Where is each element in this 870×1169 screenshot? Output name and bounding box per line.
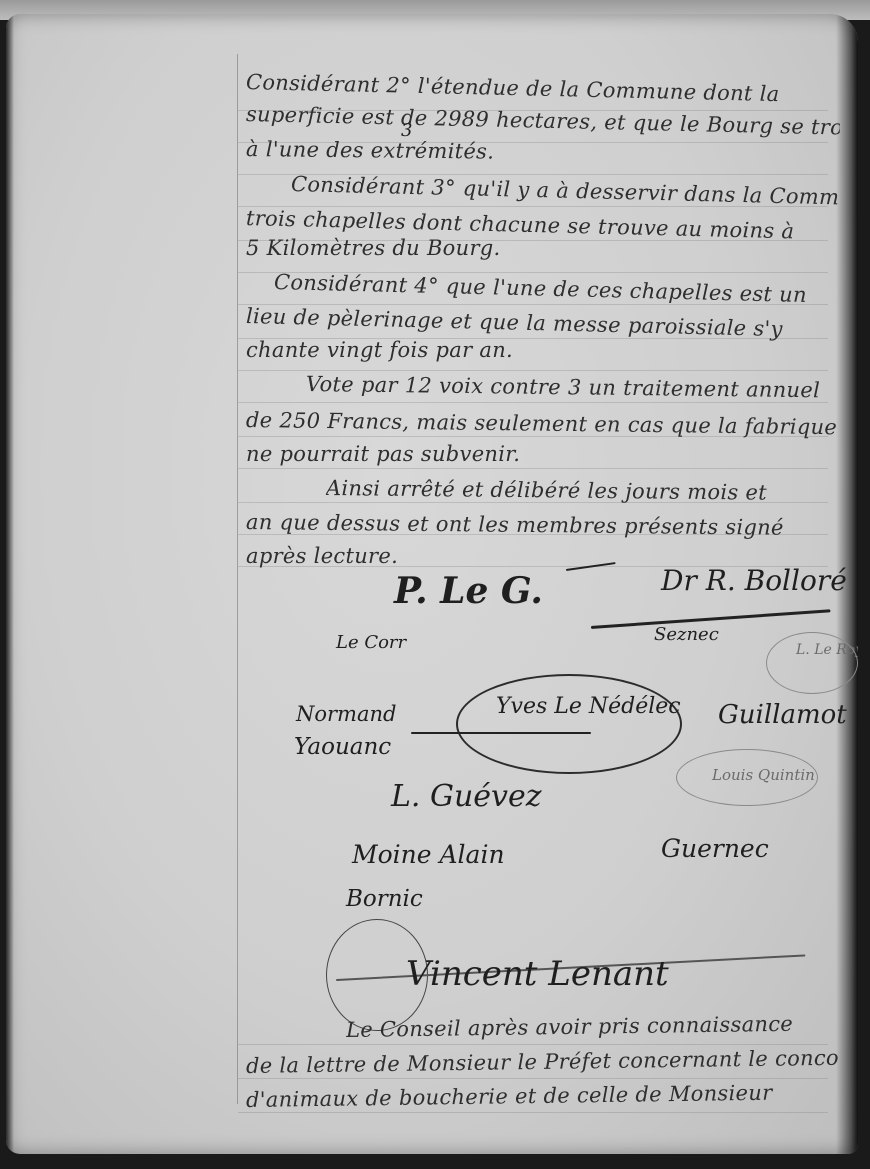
signature: Guillamot xyxy=(718,700,847,730)
inserted-correction: 3 xyxy=(401,120,412,141)
ruled-line xyxy=(238,1112,828,1113)
signature: Louis Quintin xyxy=(712,766,815,784)
signature: Guernec xyxy=(661,834,769,863)
signature: Normand xyxy=(296,702,396,726)
signature-underline xyxy=(411,732,591,734)
signature: Vincent Lenant xyxy=(406,954,669,994)
text-line: Considérant 2° l'étendue de la Commune d… xyxy=(246,70,840,107)
signature: Seznec xyxy=(654,624,719,645)
signature: Bornic xyxy=(346,886,423,912)
ruled-line xyxy=(238,370,828,371)
text-line: Le Conseil après avoir pris connaissance xyxy=(346,1011,840,1042)
text-line: an que dessus et ont les membres présent… xyxy=(246,510,840,540)
signature: L. Guévez xyxy=(391,779,542,814)
text-line: d'animaux de boucherie et de celle de Mo… xyxy=(246,1080,840,1112)
ruled-line xyxy=(238,468,828,469)
signature: Moine Alain xyxy=(352,840,505,869)
signature: P. Le G. xyxy=(394,570,543,612)
ruled-line xyxy=(238,402,828,403)
register-page: Considérant 2° l'étendue de la Commune d… xyxy=(6,14,858,1154)
text-line: Considérant 4° que l'une de ces chapelle… xyxy=(274,270,840,308)
margin-rule xyxy=(237,54,238,1104)
signature: Le Corr xyxy=(336,632,406,653)
ruled-line xyxy=(238,1078,828,1079)
ruled-line xyxy=(238,1044,828,1045)
text-line: Vote par 12 voix contre 3 un traitement … xyxy=(306,372,840,403)
text-line: ne pourrait pas subvenir. xyxy=(246,442,840,466)
text-line: Considérant 3° qu'il y a à desservir dan… xyxy=(291,172,840,209)
text-line: de 250 Francs, mais seulement en cas que… xyxy=(246,408,840,439)
text-line: Ainsi arrêté et délibéré les jours mois … xyxy=(326,476,840,505)
signature: Yaouanc xyxy=(294,734,391,760)
text-line: chante vingt fois par an. xyxy=(246,338,840,362)
text-line: lieu de pèlerinage et que la messe paroi… xyxy=(246,304,840,343)
text-line: 5 Kilomètres du Bourg. xyxy=(246,236,840,260)
text-line: de la lettre de Monsieur le Préfet conce… xyxy=(246,1046,840,1078)
page-edge-shadow xyxy=(6,14,14,1154)
signature-flourish xyxy=(766,632,858,694)
text-line: superficie est de 2989 hectares, et que … xyxy=(246,102,840,139)
signature: Yves Le Nédélec xyxy=(496,694,681,719)
signature: Dr R. Bolloré xyxy=(661,564,847,597)
signature-flourish xyxy=(456,674,682,774)
text-line: à l'une des extrémités. xyxy=(246,137,840,167)
